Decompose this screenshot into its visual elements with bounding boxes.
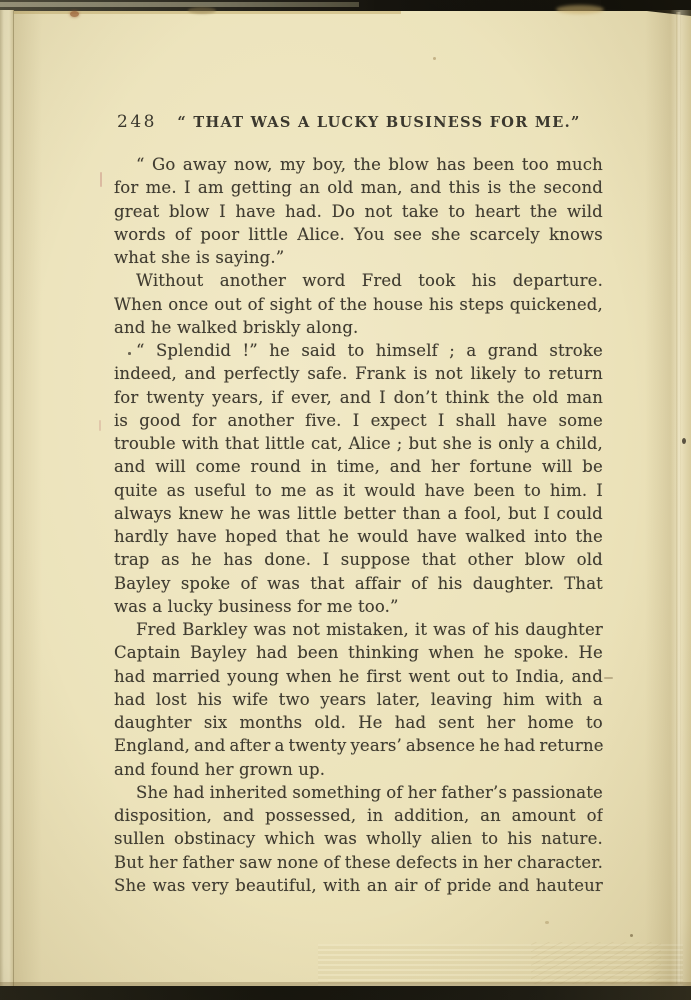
paper-speck bbox=[545, 921, 549, 924]
scan-edge-bottom bbox=[0, 986, 691, 1000]
text-line: Butherfathersawnoneofthesedefectsinherch… bbox=[114, 851, 603, 874]
text-line: sullenobstinacywhichwaswhollyalientohisn… bbox=[114, 827, 603, 850]
text-line: was a lucky business for me too.” bbox=[114, 595, 603, 618]
text-line: andwillcomeroundintime,andherfortunewill… bbox=[114, 455, 603, 478]
page-header: 248 “ THAT WAS A LUCKY BUSINESS FOR ME.” bbox=[114, 112, 602, 134]
page-gutter-shadow bbox=[14, 10, 42, 986]
paragraph: WithoutanotherwordFredtookhisdeparture.W… bbox=[114, 269, 603, 339]
paragraph: “Goawaynow,myboy,theblowhasbeentoomuchfo… bbox=[114, 153, 603, 269]
text-line: Whenonceoutofsightofthehousehisstepsquic… bbox=[114, 293, 603, 316]
book-page-scan: 248 “ THAT WAS A LUCKY BUSINESS FOR ME.”… bbox=[0, 0, 691, 1000]
paragraph: “Splendid!”hesaidtohimself;agrandstrokei… bbox=[114, 339, 603, 618]
paper-speck bbox=[630, 934, 633, 937]
page-fore-edge-right bbox=[645, 10, 691, 987]
text-line: troublewiththatlittlecat,Alice;butsheiso… bbox=[114, 432, 603, 455]
text-line: England,andafteratwentyyears’absenceheha… bbox=[114, 734, 603, 757]
text-line: hadlosthiswifetwoyearslater,leavinghimwi… bbox=[114, 688, 603, 711]
scan-edge-top-highlight bbox=[0, 2, 359, 7]
text-line: indeed,andperfectlysafe.Frankisnotlikely… bbox=[114, 362, 603, 385]
text-line: “Splendid!”hesaidtohimself;agrandstroke bbox=[114, 339, 603, 362]
paragraph: Shehadinheritedsomethingofherfather’spas… bbox=[114, 781, 603, 897]
text-line: alwaysknewhewaslittlebetterthanafool,but… bbox=[114, 502, 603, 525]
margin-mark bbox=[99, 420, 101, 431]
text-line: Shewasverybeautiful,withanairofprideandh… bbox=[114, 874, 603, 897]
stray-ink-dash bbox=[604, 677, 613, 679]
text-line: greatblowIhavehad.Donottaketoheartthewil… bbox=[114, 200, 603, 223]
text-line: wordsofpoorlittleAlice.Youseeshescarcely… bbox=[114, 223, 603, 246]
text-line: quiteasusefultomeasitwouldhavebeentohim.… bbox=[114, 479, 603, 502]
edge-ink-dot bbox=[682, 438, 686, 444]
text-line: Bayleyspokeofwasthataffairofhisdaughter.… bbox=[114, 572, 603, 595]
paper-stain bbox=[556, 5, 604, 14]
paragraph: FredBarkleywasnotmistaken,itwasofhisdaug… bbox=[114, 618, 603, 781]
running-header: “ THAT WAS A LUCKY BUSINESS FOR ME.” bbox=[114, 114, 602, 131]
text-line: what she is saying.” bbox=[114, 246, 603, 269]
text-line: hadmarriedyoungwhenhefirstwentouttoIndia… bbox=[114, 665, 603, 688]
text-line: and found her grown up. bbox=[114, 758, 603, 781]
page-edge-left bbox=[0, 10, 14, 987]
margin-mark bbox=[100, 172, 102, 187]
text-line: trapashehasdone.Isupposethatotherblowold bbox=[114, 548, 603, 571]
page-crease-right bbox=[676, 12, 681, 984]
text-line: forme.Iamgettinganoldman,andthisisthesec… bbox=[114, 176, 603, 199]
page-stack-corner-lines bbox=[531, 942, 661, 984]
body-text: “Goawaynow,myboy,theblowhasbeentoomuchfo… bbox=[114, 153, 603, 897]
text-line: hardlyhavehopedthathewouldhavewalkedinto… bbox=[114, 525, 603, 548]
text-line: WithoutanotherwordFredtookhisdeparture. bbox=[114, 269, 603, 292]
text-line: CaptainBayleyhadbeenthinkingwhenhespoke.… bbox=[114, 641, 603, 664]
paper-speck bbox=[433, 57, 436, 60]
paper-stain bbox=[188, 7, 216, 14]
text-line: “Goawaynow,myboy,theblowhasbeentoomuch bbox=[114, 153, 603, 176]
text-line: isgoodforanotherfive.IexpectIshallhaveso… bbox=[114, 409, 603, 432]
text-line: and he walked briskly along. bbox=[114, 316, 603, 339]
text-line: daughtersixmonthsold.Hehadsentherhometo bbox=[114, 711, 603, 734]
text-line: disposition,andpossessed,inaddition,anam… bbox=[114, 804, 603, 827]
text-line: Shehadinheritedsomethingofherfather’spas… bbox=[114, 781, 603, 804]
paper-stain bbox=[70, 11, 79, 17]
text-line: fortwentyyears,ifever,andIdon’tthinktheo… bbox=[114, 386, 603, 409]
text-line: FredBarkleywasnotmistaken,itwasofhisdaug… bbox=[114, 618, 603, 641]
